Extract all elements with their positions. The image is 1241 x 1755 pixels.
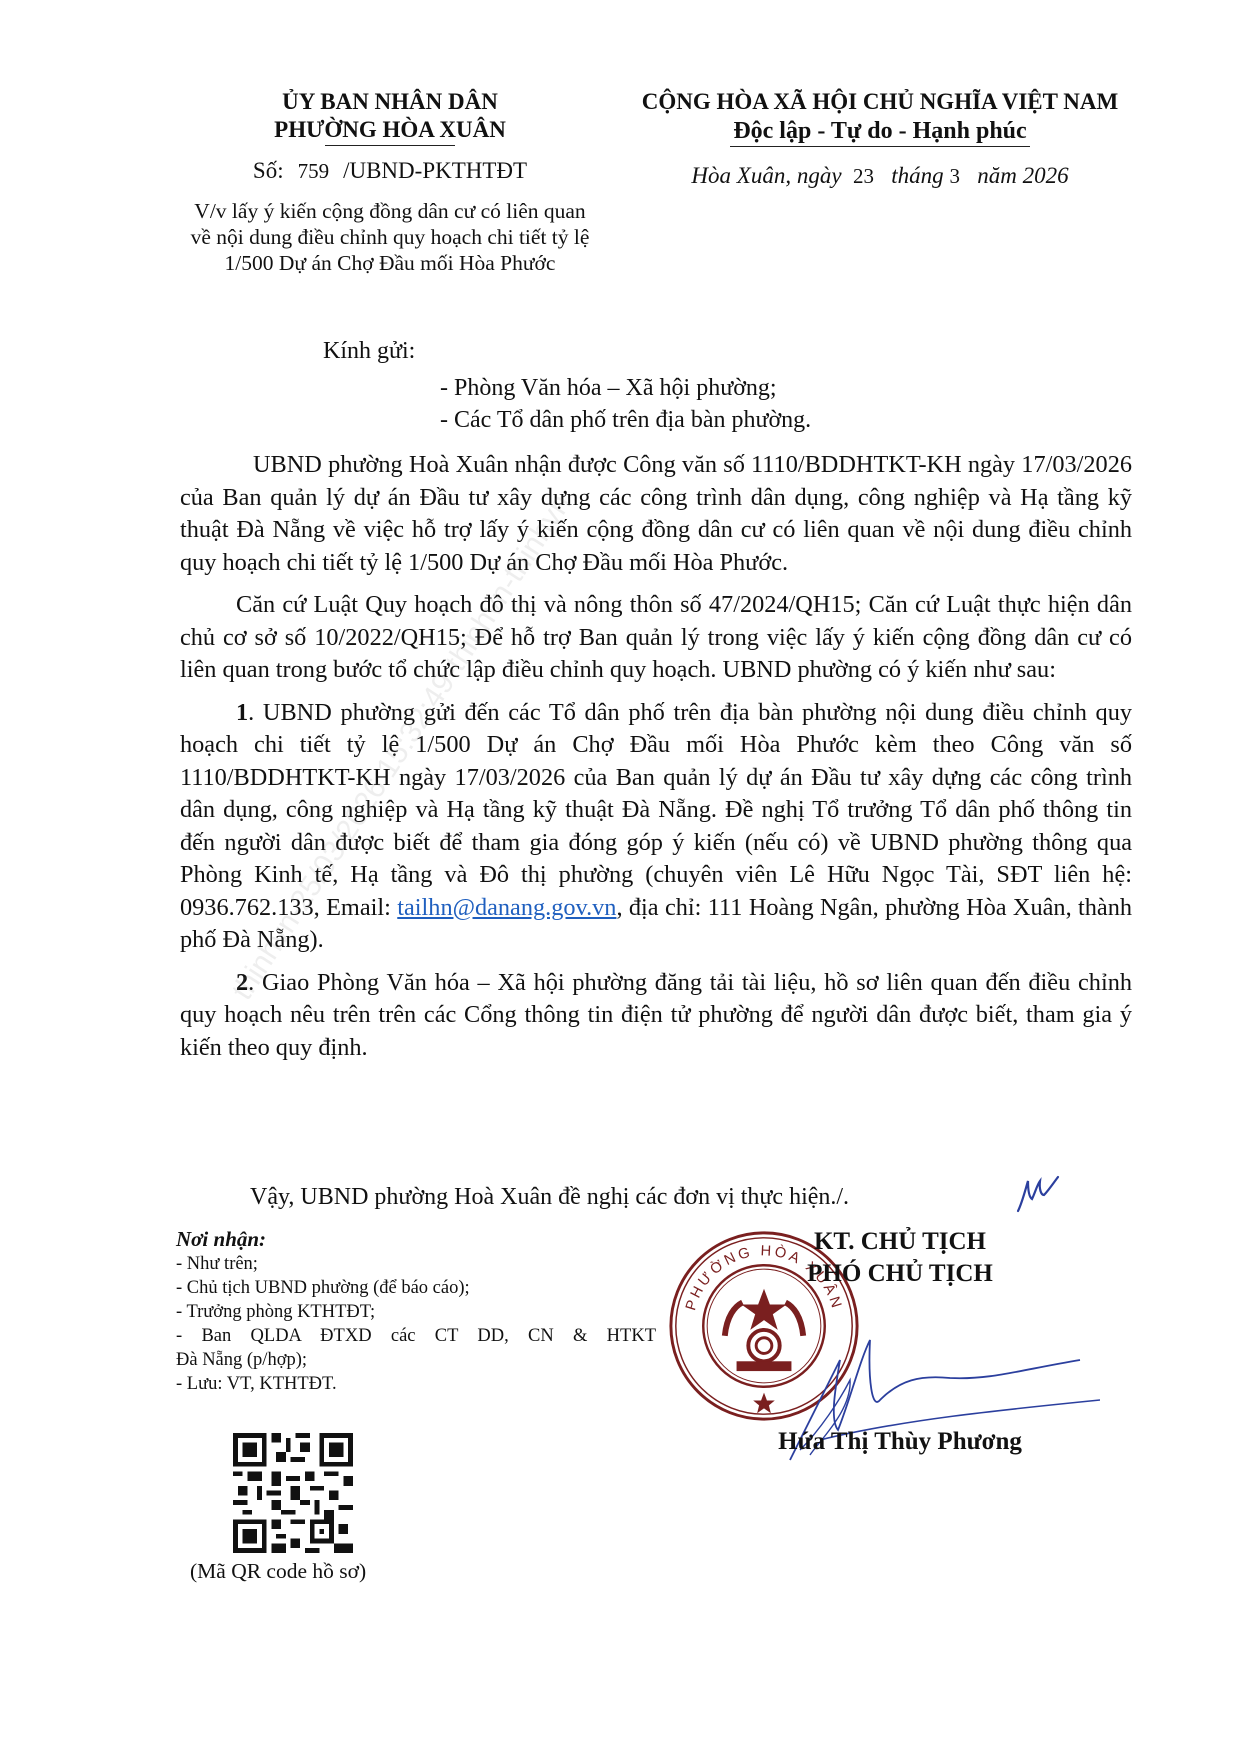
motto-underline	[730, 146, 1030, 147]
place-date-line: Hòa Xuân, ngày 23 tháng 3 năm 2026	[600, 161, 1160, 191]
body-paragraph-1: UBND phường Hoà Xuân nhận được Công văn …	[180, 449, 1132, 579]
authority-name-line2: PHƯỜNG HÒA XUÂN	[180, 116, 600, 144]
body-item-1: 1. UBND phường gửi đến các Tổ dân phố tr…	[180, 697, 1132, 957]
date-place: Hòa Xuân, ngày	[691, 163, 841, 188]
official-letter-page: ỦY BAN NHÂN DÂN PHƯỜNG HÒA XUÂN Số:759/U…	[0, 0, 1241, 1755]
item-2-text: . Giao Phòng Văn hóa – Xã hội phường đăn…	[180, 969, 1132, 1061]
document-subject: V/v lấy ý kiến cộng đồng dân cư có liên …	[180, 198, 600, 276]
authority-name-line1: ỦY BAN NHÂN DÂN	[180, 88, 600, 116]
date-month: 3	[949, 164, 960, 188]
closing-line: Vậy, UBND phường Hoà Xuân đề nghị các đơ…	[250, 1184, 849, 1211]
recipients-label: Kính gửi:	[323, 338, 415, 365]
contact-email-link[interactable]: tailhn@danang.gov.vn	[397, 894, 616, 921]
body-paragraph-2: Căn cứ Luật Quy hoạch đô thị và nông thô…	[180, 589, 1132, 687]
document-number: Số:759/UBND-PKTHTĐT	[180, 156, 600, 186]
authority-underline	[325, 145, 455, 146]
distribution-item: - Như trên;	[176, 1252, 656, 1276]
issuing-authority-block: ỦY BAN NHÂN DÂN PHƯỜNG HÒA XUÂN Số:759/U…	[180, 88, 600, 276]
national-title: CỘNG HÒA XÃ HỘI CHỦ NGHĨA VIỆT NAM	[600, 88, 1160, 116]
national-motto: Độc lập - Tự do - Hạnh phúc	[600, 116, 1160, 146]
distribution-title: Nơi nhận:	[176, 1226, 656, 1252]
doc-number-value: 759	[298, 159, 330, 183]
distribution-item: - Ban QLDA ĐTXD các CT DD, CN & HTKT	[176, 1324, 656, 1348]
national-header-block: CỘNG HÒA XÃ HỘI CHỦ NGHĨA VIỆT NAM Độc l…	[600, 88, 1160, 191]
distribution-item: - Trưởng phòng KTHTĐT;	[176, 1300, 656, 1324]
recipient-item: - Phòng Văn hóa – Xã hội phường;	[440, 372, 811, 404]
qr-caption: (Mã QR code hồ sơ)	[190, 1559, 366, 1584]
recipients-list: - Phòng Văn hóa – Xã hội phường; - Các T…	[440, 372, 811, 436]
signer-name: Hứa Thị Thùy Phương	[740, 1428, 1060, 1456]
distribution-item: Đà Nẵng (p/hợp);	[176, 1348, 656, 1372]
doc-number-suffix: /UBND-PKTHTĐT	[343, 158, 527, 183]
qr-code-icon[interactable]	[233, 1432, 353, 1554]
distribution-item: - Lưu: VT, KTHTĐT.	[176, 1372, 656, 1396]
body-item-2: 2. Giao Phòng Văn hóa – Xã hội phường đă…	[180, 967, 1132, 1065]
signer-title-line1: KT. CHỦ TỊCH	[740, 1226, 1060, 1258]
date-month-label: tháng	[891, 163, 943, 188]
item-1-text: . UBND phường gửi đến các Tổ dân phố trê…	[180, 699, 1132, 921]
distribution-list: Nơi nhận: - Như trên; - Chủ tịch UBND ph…	[176, 1226, 656, 1396]
distribution-item: - Chủ tịch UBND phường (để báo cáo);	[176, 1276, 656, 1300]
letter-body: UBND phường Hoà Xuân nhận được Công văn …	[180, 449, 1132, 1074]
doc-number-label: Số:	[253, 158, 284, 183]
signer-title: KT. CHỦ TỊCH PHÓ CHỦ TỊCH	[740, 1226, 1060, 1290]
initials-signature-icon	[1012, 1173, 1062, 1215]
date-year: 2026	[1023, 163, 1069, 188]
recipient-item: - Các Tổ dân phố trên địa bàn phường.	[440, 404, 811, 436]
date-day: 23	[853, 164, 874, 188]
item-1-number: 1	[236, 699, 248, 726]
item-2-number: 2	[236, 969, 248, 996]
signer-title-line2: PHÓ CHỦ TỊCH	[740, 1258, 1060, 1290]
date-year-label: năm	[977, 163, 1017, 188]
